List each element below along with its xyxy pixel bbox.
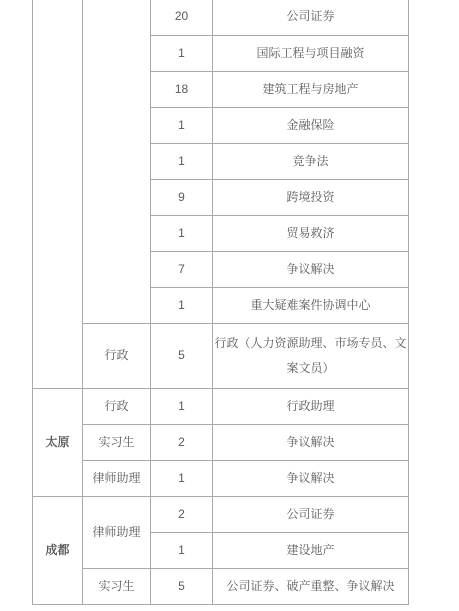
count-cell: 7: [151, 251, 213, 287]
position-cell: 律师助理: [83, 496, 151, 568]
department-cell: 贸易救济: [213, 215, 409, 251]
department-cell: 金融保险: [213, 107, 409, 143]
count-cell: 1: [151, 143, 213, 179]
department-cell: 竞争法: [213, 143, 409, 179]
department-cell: 建筑工程与房地产: [213, 71, 409, 107]
count-cell: 20: [151, 0, 213, 35]
department-cell: 重大疑难案件协调中心: [213, 287, 409, 323]
count-cell: 9: [151, 179, 213, 215]
table-row: 成都 律师助理 2 公司证券: [33, 496, 409, 532]
count-cell: 5: [151, 323, 213, 388]
count-cell: 2: [151, 424, 213, 460]
count-cell: 5: [151, 568, 213, 604]
department-cell: 行政助理: [213, 388, 409, 424]
position-cell: 实习生: [83, 568, 151, 604]
position-cell: 行政: [83, 323, 151, 388]
department-cell: 行政（人力资源助理、市场专员、文案文员）: [213, 323, 409, 388]
table-row: 律师助理 1 争议解决: [33, 460, 409, 496]
department-cell: 建设地产: [213, 532, 409, 568]
department-cell: 跨境投资: [213, 179, 409, 215]
recruitment-table: 20 公司证券 1 国际工程与项目融资 18 建筑工程与房地产 1 金融保险 1…: [32, 0, 409, 605]
table-row: 20 公司证券: [33, 0, 409, 35]
department-cell: 国际工程与项目融资: [213, 35, 409, 71]
count-cell: 1: [151, 532, 213, 568]
page: 20 公司证券 1 国际工程与项目融资 18 建筑工程与房地产 1 金融保险 1…: [0, 0, 459, 611]
department-cell: 公司证券、破产重整、争议解决: [213, 568, 409, 604]
department-cell: 争议解决: [213, 424, 409, 460]
count-cell: 1: [151, 35, 213, 71]
position-cell: 实习生: [83, 424, 151, 460]
table-row: 行政 5 行政（人力资源助理、市场专员、文案文员）: [33, 323, 409, 388]
count-cell: 1: [151, 388, 213, 424]
count-cell: 1: [151, 460, 213, 496]
department-cell: 争议解决: [213, 251, 409, 287]
count-cell: 2: [151, 496, 213, 532]
city-cell-taiyuan: 太原: [33, 388, 83, 496]
count-cell: 1: [151, 215, 213, 251]
department-cell: 公司证券: [213, 496, 409, 532]
count-cell: 1: [151, 107, 213, 143]
position-cell-cropped: [83, 0, 151, 323]
table-row: 太原 行政 1 行政助理: [33, 388, 409, 424]
department-cell: 争议解决: [213, 460, 409, 496]
table-row: 实习生 5 公司证券、破产重整、争议解决: [33, 568, 409, 604]
department-cell: 公司证券: [213, 0, 409, 35]
position-cell: 行政: [83, 388, 151, 424]
city-cell-chengdu: 成都: [33, 496, 83, 604]
count-cell: 18: [151, 71, 213, 107]
city-cell-cropped: [33, 0, 83, 388]
count-cell: 1: [151, 287, 213, 323]
table-row: 实习生 2 争议解决: [33, 424, 409, 460]
position-cell: 律师助理: [83, 460, 151, 496]
